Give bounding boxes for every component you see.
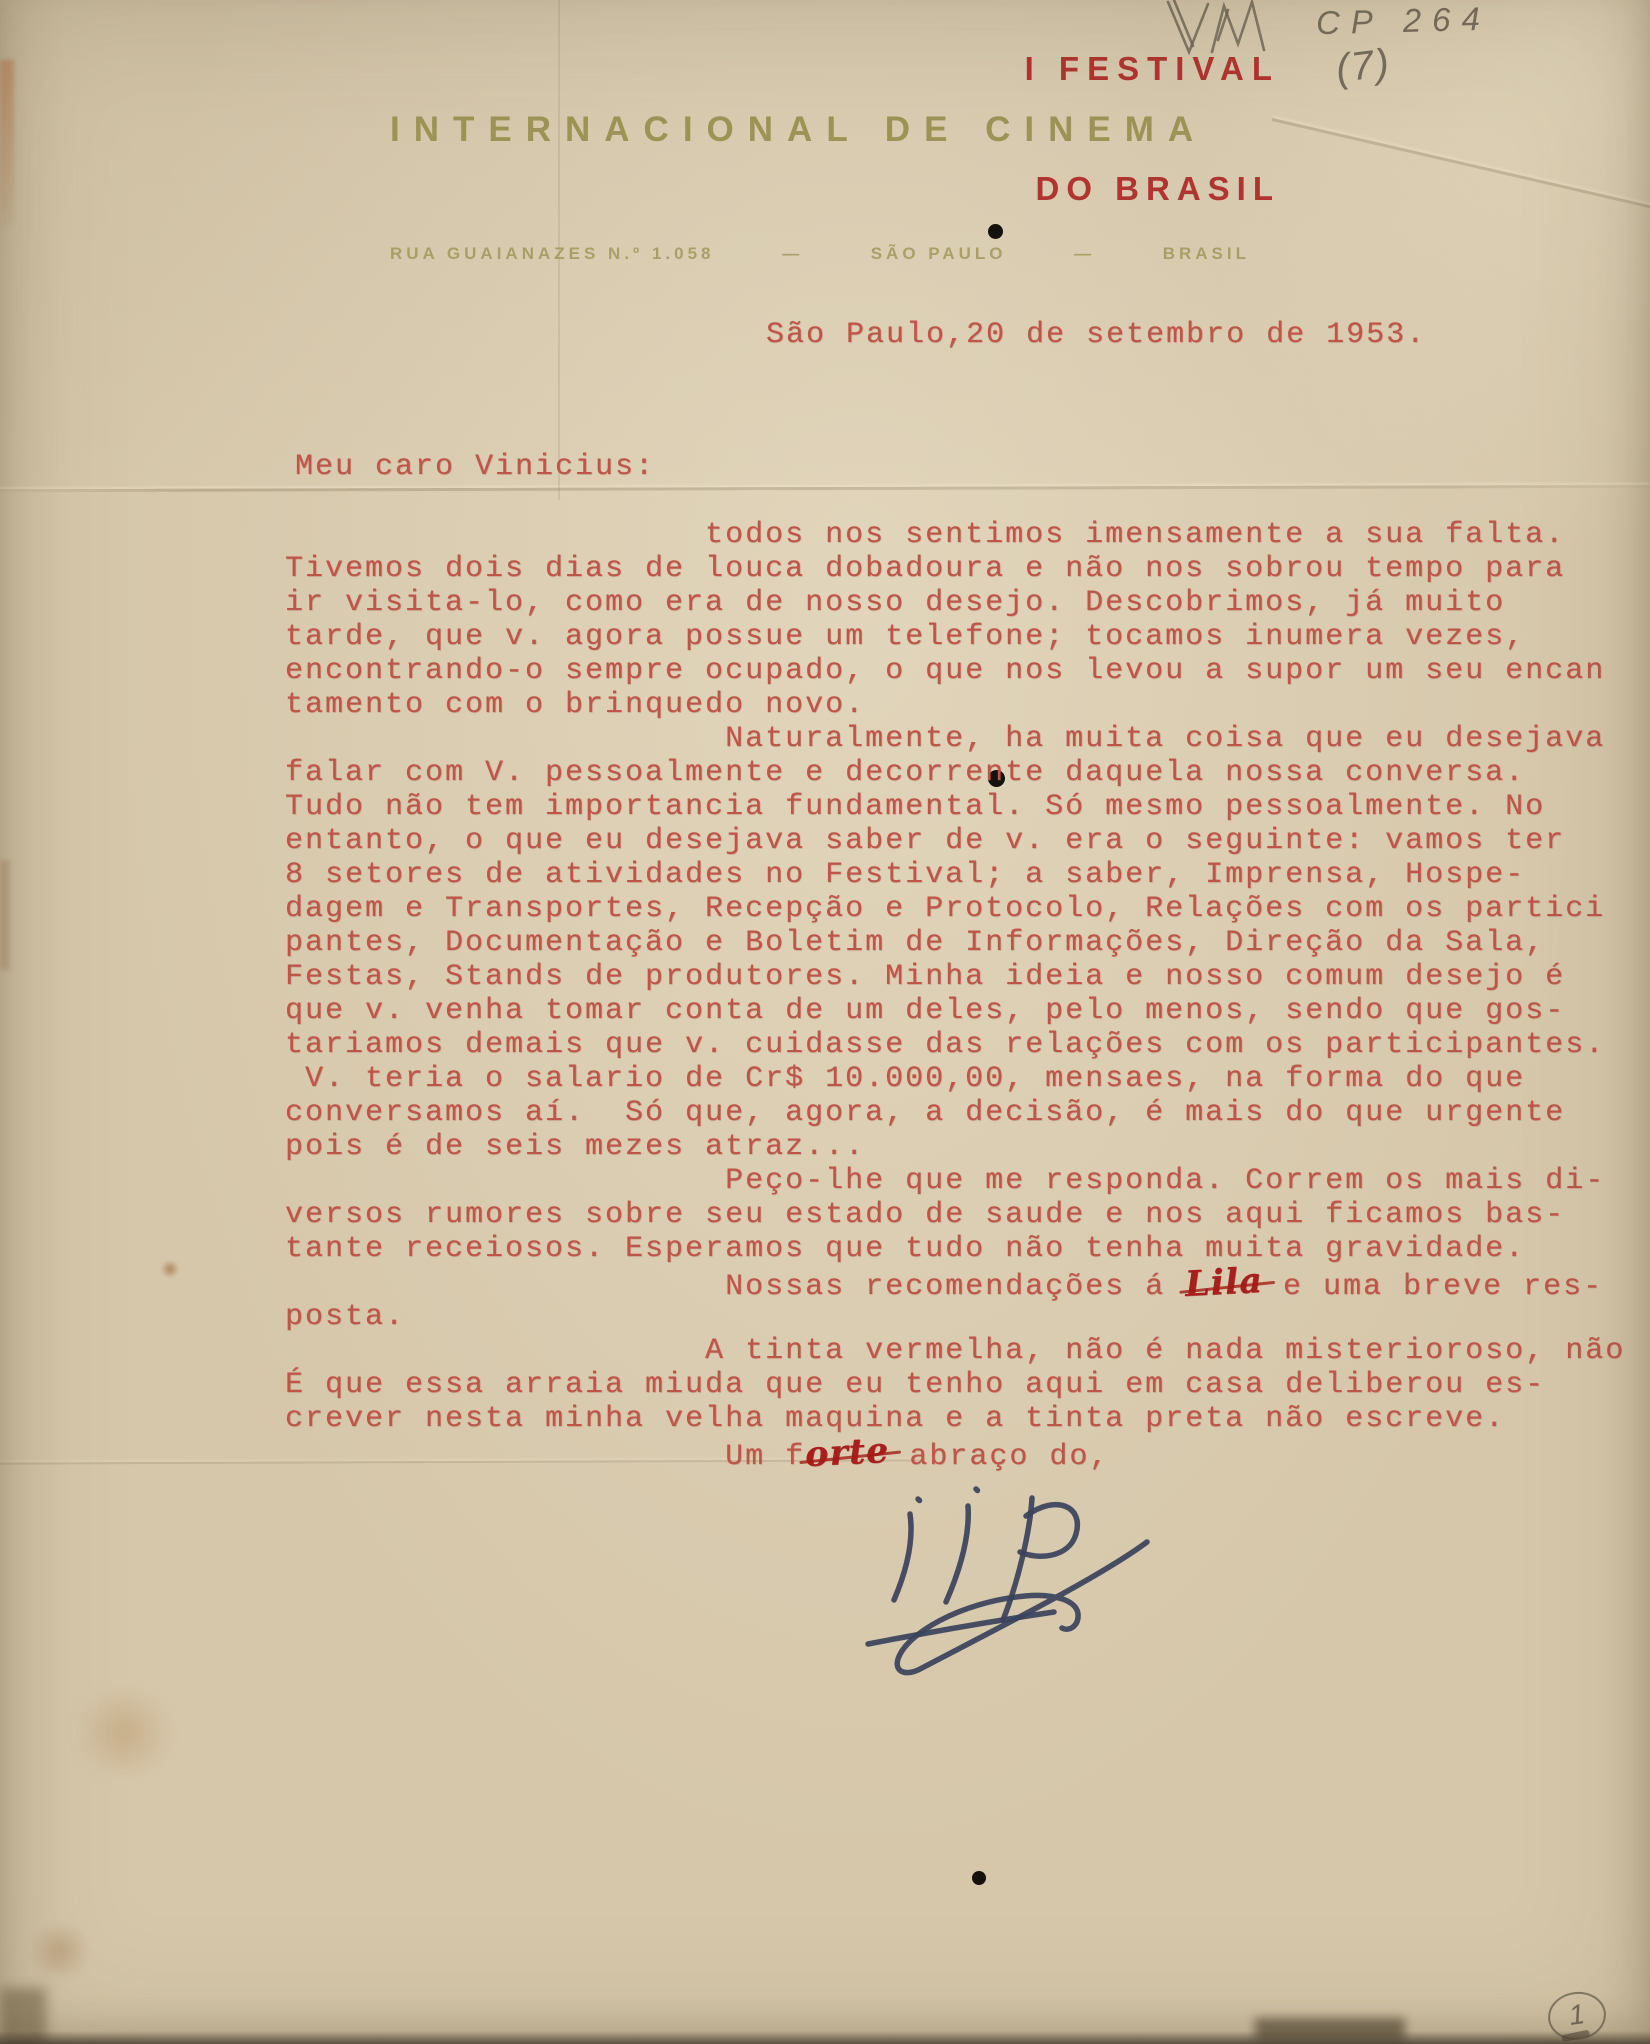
typed-text: Naturalmente, ha muita coisa que eu dese… <box>285 722 1605 756</box>
letter-line: falar com V. pessoalmente e decorrente d… <box>285 756 1615 790</box>
typed-text: Tudo não tem importancia fundamental. Só… <box>285 790 1545 824</box>
letterhead-city: SÃO PAULO <box>871 244 1007 264</box>
letter-line: conversamos aí. Só que, agora, a decisão… <box>285 1096 1615 1130</box>
letterhead-dash-2: — <box>1074 244 1095 264</box>
letter-line: entanto, o que eu desejava saber de v. e… <box>285 824 1615 858</box>
letter-line: dagem e Transportes, Recepção e Protocol… <box>285 892 1615 926</box>
letter-line: pantes, Documentação e Boletim de Inform… <box>285 926 1615 960</box>
paper-stain <box>25 1925 95 1977</box>
letterhead-country: BRASIL <box>1163 244 1250 264</box>
letter-line: tariamos demais que v. cuidasse das rela… <box>285 1028 1615 1062</box>
letter-scan-page: { "page": { "paper_color": "#d6c7aa" }, … <box>0 0 1650 2044</box>
letter-line: tarde, que v. agora possue um telefone; … <box>285 620 1615 654</box>
typed-text: tarde, que v. agora possue um telefone; … <box>285 620 1525 654</box>
letterhead-name-line: INTERNACIONAL DE CINEMA <box>390 110 1280 150</box>
letterhead-address-line: RUA GUAIANAZES N.º 1.058 — SÃO PAULO — B… <box>390 244 1250 264</box>
punch-hole-dot <box>972 1871 986 1885</box>
letter-line: Nossas recomendações á Lila e uma breve … <box>285 1266 1615 1300</box>
typed-text: conversamos aí. Só que, agora, a decisão… <box>285 1096 1565 1130</box>
typed-text: Nossas recomendações á <box>285 1270 1185 1304</box>
letter-line: A tinta vermelha, não é nada misterioros… <box>285 1334 1615 1368</box>
pencil-archive-number: (7) <box>1333 41 1393 92</box>
typed-text: V. teria o salario de Cr$ 10.000,00, men… <box>285 1062 1525 1096</box>
typed-text: 8 setores de atividades no Festival; a s… <box>285 858 1525 892</box>
typed-text: todos nos sentimos imensamente a sua fal… <box>285 518 1565 552</box>
letter-line: Tudo não tem importancia fundamental. Só… <box>285 790 1615 824</box>
typed-text: posta. <box>285 1300 405 1334</box>
letter-line: 8 setores de atividades no Festival; a s… <box>285 858 1615 892</box>
letter-line: crever nesta minha velha maquina e a tin… <box>285 1402 1615 1436</box>
typed-text: tante receiosos. Esperamos que tudo não … <box>285 1232 1525 1266</box>
letter-salutation: Meu caro Vinicius: <box>295 450 655 484</box>
typed-text: A tinta vermelha, não é nada misterioros… <box>285 1334 1625 1368</box>
paper-stain <box>160 1260 180 1278</box>
typed-text: que v. venha tomar conta de um deles, pe… <box>285 994 1565 1028</box>
letter-dateline: São Paulo,20 de setembro de 1953. <box>766 318 1426 352</box>
typed-text: pois é de seis mezes atraz... <box>285 1130 865 1164</box>
pencil-archive-code: CP 264 <box>1316 0 1492 42</box>
handwritten-correction: orte <box>804 1434 890 1472</box>
letterhead-festival-line: I FESTIVAL <box>390 50 1280 88</box>
typed-text: Peço-lhe que me responda. Correm os mais… <box>285 1164 1605 1198</box>
pencil-page-number: 1 <box>1567 1998 1587 2031</box>
letterhead-street: RUA GUAIANAZES N.º 1.058 <box>390 244 715 264</box>
typed-text: pantes, Documentação e Boletim de Inform… <box>285 926 1545 960</box>
letter-line: todos nos sentimos imensamente a sua fal… <box>285 518 1615 552</box>
fold-crease-horizontal <box>0 485 1650 492</box>
letterhead-country-line: DO BRASIL <box>390 170 1280 208</box>
letter-line: pois é de seis mezes atraz... <box>285 1130 1615 1164</box>
letter-line: Festas, Stands de produtores. Minha idei… <box>285 960 1615 994</box>
letterhead: I FESTIVAL INTERNACIONAL DE CINEMA DO BR… <box>390 50 1280 264</box>
typed-text: e uma breve res- <box>1263 1270 1603 1304</box>
letter-line: Tivemos dois dias de louca dobadoura e n… <box>285 552 1615 586</box>
handwritten-correction: Lila <box>1184 1264 1264 1302</box>
letter-line: encontrando-o sempre ocupado, o que nos … <box>285 654 1615 688</box>
corner-fold-crease <box>1272 118 1650 215</box>
typed-text: crever nesta minha velha maquina e a tin… <box>285 1402 1505 1436</box>
typed-text: Festas, Stands de produtores. Minha idei… <box>285 960 1565 994</box>
letter-line: Naturalmente, ha muita coisa que eu dese… <box>285 722 1615 756</box>
letter-line: V. teria o salario de Cr$ 10.000,00, men… <box>285 1062 1615 1096</box>
letter-line: que v. venha tomar conta de um deles, pe… <box>285 994 1615 1028</box>
page-bottom-edge-shadow <box>0 2031 1650 2044</box>
typed-text: Um f <box>285 1440 805 1474</box>
typed-text: abraço do, <box>889 1440 1109 1474</box>
letter-line: É que essa arraia miuda que eu tenho aqu… <box>285 1368 1615 1402</box>
paper-stain <box>70 1690 180 1775</box>
letter-line: Um forte abraço do, <box>285 1436 1615 1470</box>
letter-line: tante receiosos. Esperamos que tudo não … <box>285 1232 1615 1266</box>
typed-text: ir visita-lo, como era de nosso desejo. … <box>285 586 1505 620</box>
typed-text: tariamos demais que v. cuidasse das rela… <box>285 1028 1605 1062</box>
signature-ink <box>810 1472 1170 1712</box>
letter-line: tamento com o brinquedo novo. <box>285 688 1615 722</box>
typed-text: Tivemos dois dias de louca dobadoura e n… <box>285 552 1565 586</box>
letter-line: ir visita-lo, como era de nosso desejo. … <box>285 586 1615 620</box>
letter-line: versos rumores sobre seu estado de saude… <box>285 1198 1615 1232</box>
letter-line: Peço-lhe que me responda. Correm os mais… <box>285 1164 1615 1198</box>
letterhead-dash: — <box>782 244 803 264</box>
typed-text: tamento com o brinquedo novo. <box>285 688 865 722</box>
letter-body: todos nos sentimos imensamente a sua fal… <box>285 518 1615 1470</box>
paper-stain <box>0 60 14 225</box>
typed-text: falar com V. pessoalmente e decorrente d… <box>285 756 1525 790</box>
letter-line: posta. <box>285 1300 1615 1334</box>
typed-text: encontrando-o sempre ocupado, o que nos … <box>285 654 1605 688</box>
typed-text: entanto, o que eu desejava saber de v. e… <box>285 824 1565 858</box>
paper-stain <box>0 860 10 970</box>
typed-text: É que essa arraia miuda que eu tenho aqu… <box>285 1368 1545 1402</box>
typed-text: versos rumores sobre seu estado de saude… <box>285 1198 1565 1232</box>
punch-hole-dot <box>988 224 1003 239</box>
typed-text: dagem e Transportes, Recepção e Protocol… <box>285 892 1605 926</box>
